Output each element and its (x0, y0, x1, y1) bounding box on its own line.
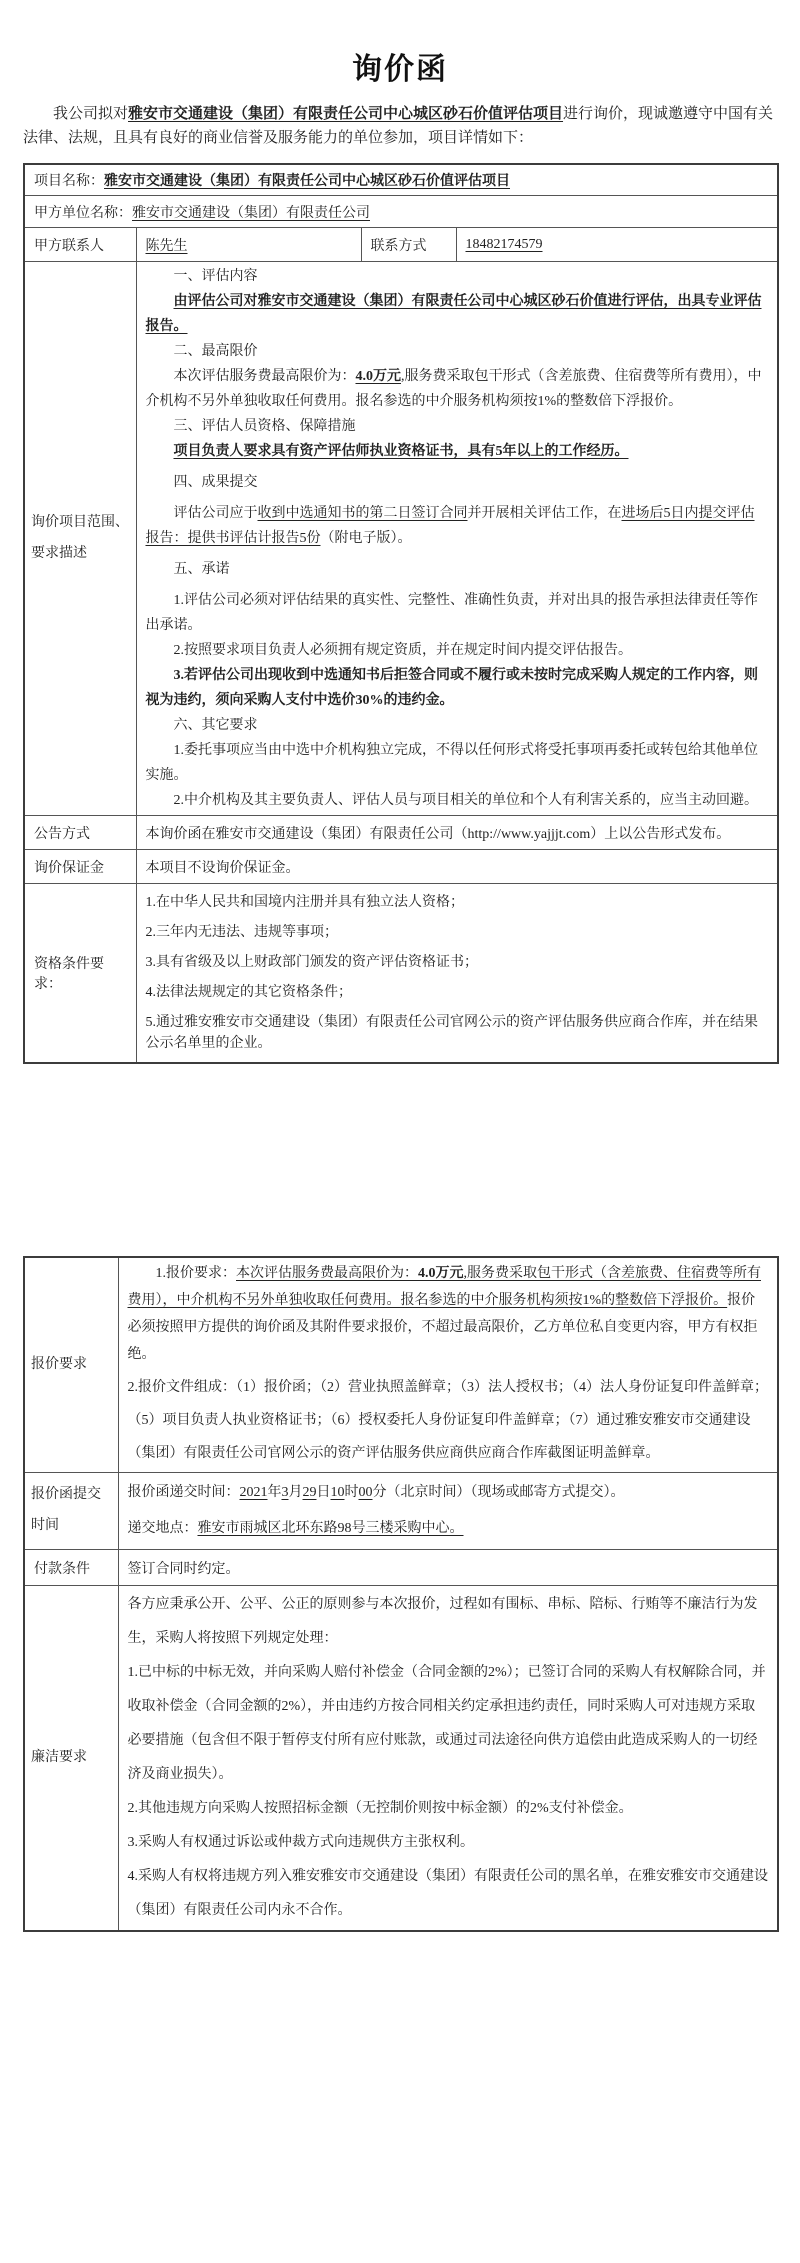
scope-promise-1: 1.评估公司必须对评估结果的真实性、完整性、准确性负责，并对出具的报告承担法律责… (146, 588, 769, 638)
scope-p1: 由评估公司对雅安市交通建设（集团）有限责任公司中心城区砂石价值进行评估，出具专业… (146, 289, 769, 339)
party-a-value: 雅安市交通建设（集团）有限责任公司 (132, 206, 370, 221)
inquiry-info-table: 项目名称：雅安市交通建设（集团）有限责任公司中心城区砂石价值评估项目 甲方单位名… (23, 163, 779, 1064)
qualification-item-1: 1.在中华人民共和国境内注册并具有独立法人资格； (146, 892, 769, 913)
scope-p2-pre: 本次评估服务费最高限价为： (174, 369, 356, 384)
quote-item-2: 2.报价文件组成：（1）报价函；（2）营业执照盖鲜章；（3）法人授权书；（4）法… (128, 1371, 769, 1470)
contact-row: 甲方联系人 陈先生 联系方式 18482174579 (24, 228, 778, 262)
project-name-value: 雅安市交通建设（集团）有限责任公司中心城区砂石价值评估项目 (104, 174, 510, 189)
scope-p4-b: 收到中选通知书的第二日签订合同 (258, 506, 468, 521)
scope-p4-a: 评估公司应于 (174, 506, 258, 521)
qualification-label-cell: 资格条件要求： (24, 884, 136, 1064)
qualification-row: 资格条件要求： 1.在中华人民共和国境内注册并具有独立法人资格； 2.三年内无违… (24, 884, 778, 1064)
submit-hour: 10 (331, 1485, 345, 1500)
scope-heading-2: 二、最高限价 (146, 339, 769, 364)
scope-label-cell: 询价项目范围、要求描述 (24, 262, 136, 816)
announce-label-cell: 公告方式 (24, 816, 136, 850)
submit-time-row: 报价函提交时间 报价函递交时间：2021年3月29日10时00分（北京时间）（现… (24, 1473, 778, 1550)
contact-name: 陈先生 (146, 239, 188, 254)
page-title: 询价函 (23, 44, 777, 88)
submit-hour-unit: 时 (345, 1485, 359, 1500)
phone-cell: 18482174579 (456, 228, 778, 262)
contact-name-cell: 陈先生 (136, 228, 361, 262)
scope-p4-c: 并开展相关评估工作，在 (468, 506, 622, 521)
scope-heading-3: 三、评估人员资格、保障措施 (146, 414, 769, 439)
payment-row: 付款条件 签订合同时约定。 (24, 1550, 778, 1586)
scope-heading-5: 五、承诺 (146, 557, 769, 582)
intro-paragraph: 我公司拟对雅安市交通建设（集团）有限责任公司中心城区砂石价值评估项目进行询价，现… (23, 102, 777, 150)
contact-phone: 18482174579 (466, 237, 543, 252)
submit-year: 2021 (240, 1485, 268, 1500)
submit-content-cell: 报价函递交时间：2021年3月29日10时00分（北京时间）（现场或邮寄方式提交… (118, 1473, 778, 1550)
submit-month: 3 (282, 1485, 289, 1500)
quote-requirements-row: 报价要求 1.报价要求：本次评估服务费最高限价为：4.0万元,服务费采取包干形式… (24, 1257, 778, 1473)
quote-max-price: 4.0万元 (418, 1266, 464, 1281)
scope-p2: 本次评估服务费最高限价为：4.0万元,服务费采取包干形式（含差旅费、住宿费等所有… (146, 364, 769, 414)
integrity-item-2: 2.其他违规方向采购人按照招标金额（无控制价则按中标金额）的2%支付补偿金。 (128, 1792, 769, 1826)
announce-value-cell: 本询价函在雅安市交通建设（集团）有限责任公司（http://www.yajjjt… (136, 816, 778, 850)
intro-project-name: 雅安市交通建设（集团）有限责任公司中心城区砂石价值评估项目 (128, 106, 563, 122)
scope-promise-2: 2.按照要求项目负责人必须拥有规定资质，并在规定时间内提交评估报告。 (146, 638, 769, 663)
qualification-item-4: 4.法律法规规定的其它资格条件； (146, 982, 769, 1003)
scope-p4-e: （附电子版）。 (321, 531, 412, 546)
project-name-label: 项目名称： (34, 174, 104, 189)
quote-content-cell: 1.报价要求：本次评估服务费最高限价为：4.0万元,服务费采取包干形式（含差旅费… (118, 1257, 778, 1473)
quotation-requirements-table: 报价要求 1.报价要求：本次评估服务费最高限价为：4.0万元,服务费采取包干形式… (23, 1256, 779, 1932)
document-page: 询价函 我公司拟对雅安市交通建设（集团）有限责任公司中心城区砂石价值评估项目进行… (23, 0, 777, 1932)
scope-other-1: 1.委托事项应当由中选中介机构独立完成，不得以任何形式将受托事项再委托或转包给其… (146, 738, 769, 788)
submit-place-line: 递交地点：雅安市雨城区北环东路98号三楼采购中心。 (128, 1511, 769, 1547)
deposit-value-cell: 本项目不设询价保证金。 (136, 850, 778, 884)
submit-label-cell: 报价函提交时间 (24, 1473, 118, 1550)
submit-time-line: 报价函递交时间：2021年3月29日10时00分（北京时间）（现场或邮寄方式提交… (128, 1475, 769, 1511)
payment-label-cell: 付款条件 (24, 1550, 118, 1586)
integrity-intro: 各方应秉承公开、公平、公正的原则参与本次报价，过程如有围标、串标、陪标、行贿等不… (128, 1588, 769, 1656)
phone-label-cell: 联系方式 (361, 228, 456, 262)
submit-place-value: 雅安市雨城区北环东路98号三楼采购中心。 (198, 1521, 464, 1536)
submit-year-unit: 年 (268, 1485, 282, 1500)
integrity-item-4: 4.采购人有权将违规方列入雅安雅安市交通建设（集团）有限责任公司的黑名单，在雅安… (128, 1860, 769, 1928)
qualification-requirement: 项目负责人要求具有资产评估师执业资格证书，具有5年以上的工作经历。 (174, 444, 629, 459)
scope-heading-1: 一、评估内容 (146, 264, 769, 289)
max-price-value: 4.0万元 (356, 369, 402, 384)
submit-day-unit: 日 (317, 1485, 331, 1500)
qualification-item-3: 3.具有省级及以上财政部门颁发的资产评估资格证书； (146, 952, 769, 973)
integrity-item-1: 1.已中标的中标无效，并向采购人赔付补偿金（合同金额的2%）；已签订合同的采购人… (128, 1656, 769, 1792)
quote-label-cell: 报价要求 (24, 1257, 118, 1473)
scope-eval-content: 由评估公司对雅安市交通建设（集团）有限责任公司中心城区砂石价值进行评估，出具专业… (146, 294, 762, 334)
scope-content-cell: 一、评估内容 由评估公司对雅安市交通建设（集团）有限责任公司中心城区砂石价值进行… (136, 262, 778, 816)
party-a-cell: 甲方单位名称：雅安市交通建设（集团）有限责任公司 (24, 196, 778, 228)
scope-heading-6: 六、其它要求 (146, 713, 769, 738)
integrity-label-cell: 廉洁要求 (24, 1586, 118, 1932)
project-name-row: 项目名称：雅安市交通建设（集团）有限责任公司中心城区砂石价值评估项目 (24, 164, 778, 196)
quote-item-1-u1: 本次评估服务费最高限价为： (236, 1266, 418, 1281)
qualification-content-cell: 1.在中华人民共和国境内注册并具有独立法人资格； 2.三年内无违法、违规等事项；… (136, 884, 778, 1064)
deposit-label-cell: 询价保证金 (24, 850, 136, 884)
party-a-label: 甲方单位名称： (34, 206, 132, 221)
scope-heading-4: 四、成果提交 (146, 470, 769, 495)
integrity-item-3: 3.采购人有权通过诉讼或仲裁方式向违规供方主张权利。 (128, 1826, 769, 1860)
announce-row: 公告方式 本询价函在雅安市交通建设（集团）有限责任公司（http://www.y… (24, 816, 778, 850)
qualification-item-5: 5.通过雅安雅安市交通建设（集团）有限责任公司官网公示的资产评估服务供应商合作库… (146, 1012, 769, 1054)
qualification-item-2: 2.三年内无违法、违规等事项； (146, 922, 769, 943)
quote-item-1-head: 1.报价要求： (156, 1266, 237, 1281)
intro-pre: 我公司拟对 (53, 106, 128, 122)
submit-day: 29 (303, 1485, 317, 1500)
scope-other-2: 2.中介机构及其主要负责人、评估人员与项目相关的单位和个人有利害关系的，应当主动… (146, 788, 769, 813)
contact-label-cell: 甲方联系人 (24, 228, 136, 262)
payment-value-cell: 签订合同时约定。 (118, 1550, 778, 1586)
integrity-row: 廉洁要求 各方应秉承公开、公平、公正的原则参与本次报价，过程如有围标、串标、陪标… (24, 1586, 778, 1932)
submit-time-label: 报价函递交时间： (128, 1485, 240, 1500)
submit-time-rest: 分（北京时间）（现场或邮寄方式提交）。 (373, 1485, 625, 1500)
project-name-cell: 项目名称：雅安市交通建设（集团）有限责任公司中心城区砂石价值评估项目 (24, 164, 778, 196)
party-a-row: 甲方单位名称：雅安市交通建设（集团）有限责任公司 (24, 196, 778, 228)
scope-promise-3: 3.若评估公司出现收到中选通知书后拒签合同或不履行或未按时完成采购人规定的工作内… (146, 663, 769, 713)
integrity-content-cell: 各方应秉承公开、公平、公正的原则参与本次报价，过程如有围标、串标、陪标、行贿等不… (118, 1586, 778, 1932)
quote-item-1: 1.报价要求：本次评估服务费最高限价为：4.0万元,服务费采取包干形式（含差旅费… (128, 1260, 769, 1368)
submit-minute: 00 (359, 1485, 373, 1500)
scope-p3: 项目负责人要求具有资产评估师执业资格证书，具有5年以上的工作经历。 (146, 439, 769, 464)
scope-row: 询价项目范围、要求描述 一、评估内容 由评估公司对雅安市交通建设（集团）有限责任… (24, 262, 778, 816)
scope-p4: 评估公司应于收到中选通知书的第二日签订合同并开展相关评估工作，在进场后5日内提交… (146, 501, 769, 551)
deposit-row: 询价保证金 本项目不设询价保证金。 (24, 850, 778, 884)
submit-place-label: 递交地点： (128, 1521, 198, 1536)
submit-month-unit: 月 (289, 1485, 303, 1500)
